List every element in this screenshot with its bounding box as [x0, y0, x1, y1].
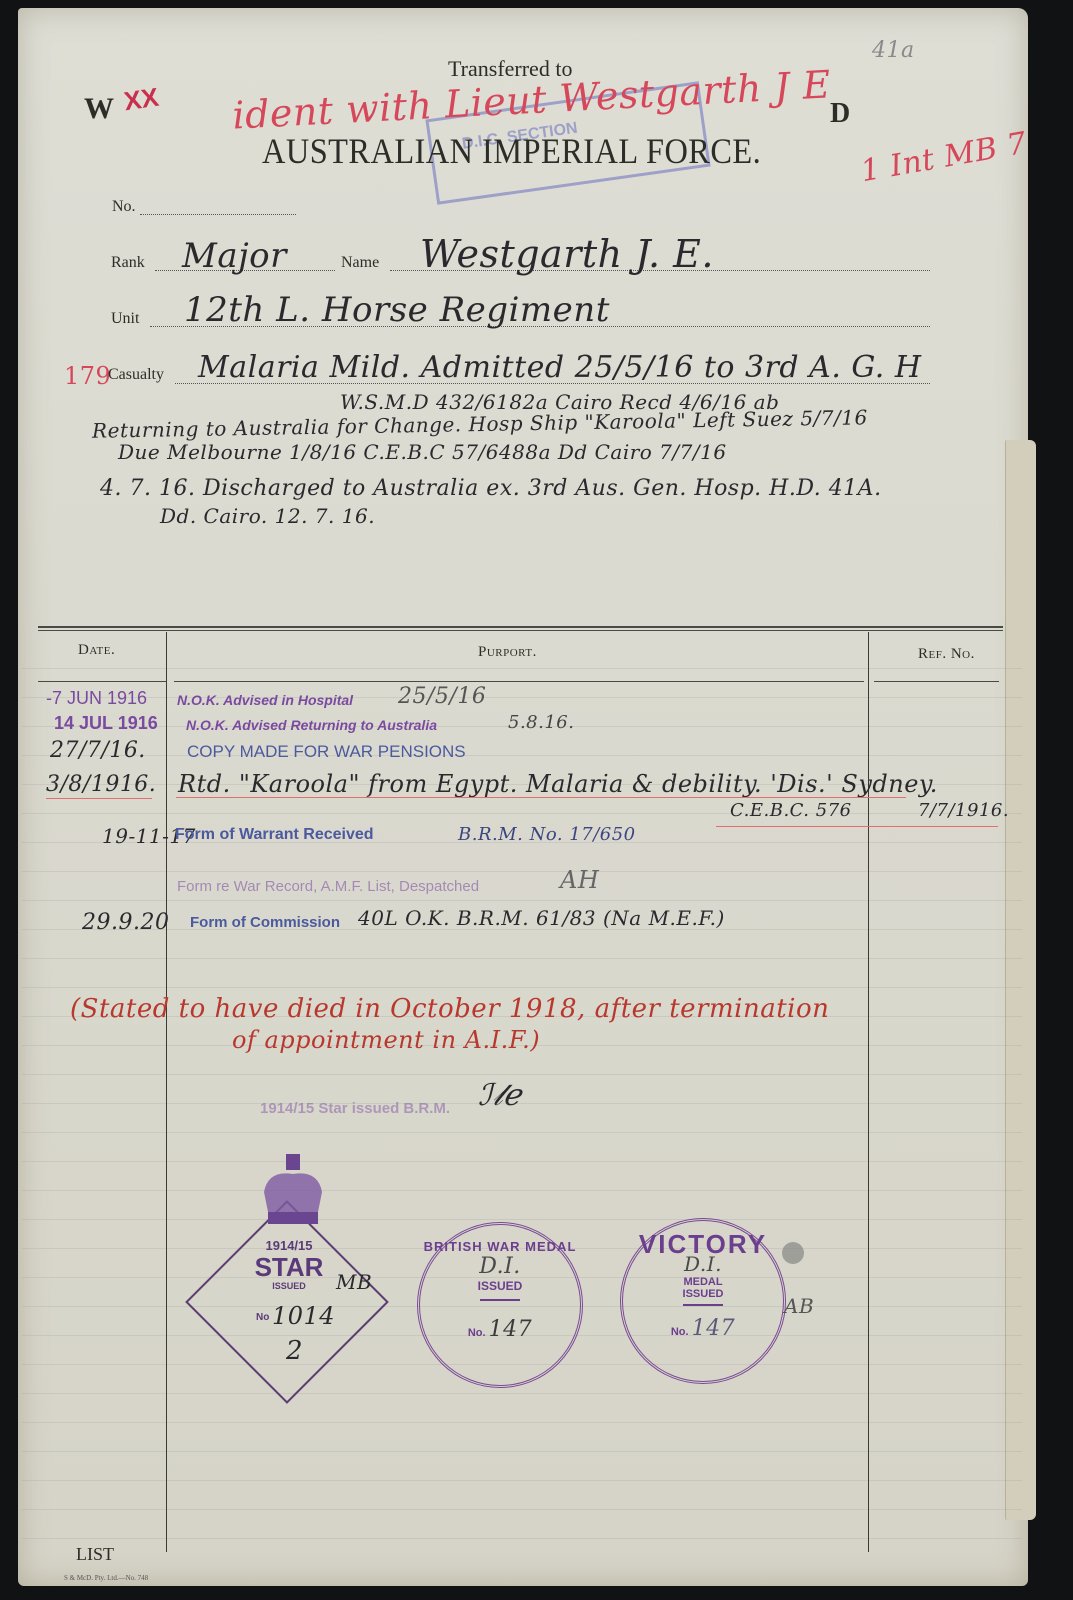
- bwm-no-label: No.: [468, 1327, 486, 1339]
- rank-value: Major: [182, 236, 287, 276]
- note-line: Due Melbourne 1/8/16 C.E.B.C 57/6488a Dd…: [118, 440, 727, 464]
- name-label: Name: [341, 254, 379, 272]
- table-row-purport: Form re War Record, A.M.F. List, Despatc…: [177, 878, 479, 895]
- footer-list-label: LIST: [76, 1544, 114, 1565]
- table-row-hand: Rtd. "Karoola" from Egypt. Malaria & deb…: [178, 770, 938, 798]
- ref-column-header: Ref. No.: [918, 646, 975, 663]
- table-top-rule: [38, 626, 1003, 628]
- bwm-title: BRITISH WAR MEDAL: [420, 1239, 580, 1254]
- red-death-note-line-2: of appointment in A.I.F.): [232, 1026, 540, 1054]
- red-xx-mark: XX: [122, 82, 161, 118]
- d-letter: D: [830, 98, 850, 130]
- victory-initials: AB: [784, 1294, 814, 1318]
- table-row-purport: Form of Warrant Received: [175, 826, 374, 844]
- red-underline: [716, 826, 998, 827]
- table-row-purport: COPY MADE FOR WAR PENSIONS: [187, 742, 466, 762]
- date-column-header: Date.: [78, 642, 115, 659]
- table-row-date: 27/7/16.: [50, 738, 146, 763]
- star-stamp-initials: MB: [336, 1270, 372, 1294]
- casualty-label: Casualty: [108, 366, 164, 384]
- star-stamp-title: STAR: [244, 1253, 334, 1281]
- star-issued-stamp-text: 1914/15 Star issued B.R.M.: [260, 1100, 450, 1117]
- bwm-no-value: 147: [489, 1317, 533, 1342]
- note-line: Dd. Cairo. 12. 7. 16.: [160, 504, 375, 528]
- table-top-rule-2: [38, 630, 1003, 631]
- page-title: AUSTRALIAN IMPERIAL FORCE.: [262, 130, 761, 172]
- table-row-purport: Form of Commission: [190, 914, 340, 931]
- table-row-ref: 7/7/1916.: [918, 800, 1009, 821]
- casualty-margin-number: 179: [64, 362, 111, 390]
- w-prefix: W: [84, 92, 114, 126]
- ref-header-rule: [874, 681, 999, 682]
- red-death-note-line-1: (Stated to have died in October 1918, af…: [70, 994, 829, 1024]
- victory-no-label: No.: [671, 1326, 689, 1338]
- victory-issued: ISSUED: [623, 1288, 783, 1300]
- star-stamp-text: 1914/15 STAR ISSUED: [244, 1238, 334, 1291]
- table-row-hand: 40L O.K. B.R.M. 61/83 (Na M.E.F.): [358, 906, 725, 930]
- star-stamp-no-label: No: [256, 1312, 269, 1323]
- note-line: 4. 7. 16. Discharged to Australia ex. 3r…: [100, 476, 882, 501]
- unit-label: Unit: [111, 310, 139, 328]
- date-header-rule: [38, 681, 166, 682]
- table-row-purport: N.O.K. Advised Returning to Australia: [186, 717, 437, 733]
- star-stamp-issued: ISSUED: [244, 1281, 334, 1291]
- red-underline: [176, 797, 906, 798]
- pencil-mark: 41a: [872, 38, 915, 63]
- table-row-purport: N.O.K. Advised in Hospital: [177, 692, 353, 708]
- punch-hole: [782, 1242, 804, 1264]
- star-stamp-extra: 2: [286, 1336, 303, 1366]
- table-row-date: 29.9.20: [82, 910, 169, 935]
- rank-label: Rank: [111, 254, 145, 272]
- star-stamp-no-value: 1014: [272, 1302, 335, 1330]
- printer-imprint: S & McD. Pty. Ltd.—No. 748: [64, 1574, 148, 1582]
- victory-no-value: 147: [692, 1316, 736, 1341]
- red-underline: [46, 798, 152, 799]
- victory-medal-stamp: VICTORY D.I. MEDAL ISSUED No. 147: [620, 1218, 786, 1384]
- table-row-date: 14 JUL 1916: [54, 713, 158, 734]
- no-label: No.: [112, 198, 136, 216]
- date-column-divider: [166, 632, 167, 1552]
- unit-value: 12th L. Horse Regiment: [184, 290, 610, 330]
- crown-icon: [258, 1152, 328, 1230]
- name-value: Westgarth J. E.: [420, 232, 714, 276]
- bwm-issued: ISSUED: [420, 1279, 580, 1293]
- purport-header-rule: [174, 681, 864, 682]
- british-war-medal-stamp: BRITISH WAR MEDAL D.I. ISSUED No. 147: [417, 1222, 583, 1388]
- table-row-date: -7 JUN 1916: [46, 688, 147, 709]
- casualty-value: Malaria Mild. Admitted 25/5/16 to 3rd A.…: [198, 350, 922, 385]
- signature: ℐ𝓁ℯ: [478, 1078, 521, 1113]
- purport-column-header: Purport.: [478, 644, 537, 661]
- no-field: [140, 214, 296, 215]
- table-row-hand: AH: [560, 866, 599, 894]
- table-row-hand: 25/5/16: [398, 684, 486, 709]
- table-row-hand: B.R.M. No. 17/650: [458, 824, 636, 845]
- star-stamp-years: 1914/15: [244, 1238, 334, 1253]
- table-row-date: 3/8/1916.: [46, 772, 156, 797]
- bwm-di: D.I.: [420, 1254, 580, 1279]
- table-row-hand: 5.8.16.: [508, 712, 574, 733]
- table-row-hand: C.E.B.C. 576: [730, 800, 852, 821]
- victory-medal-label: MEDAL: [623, 1276, 783, 1288]
